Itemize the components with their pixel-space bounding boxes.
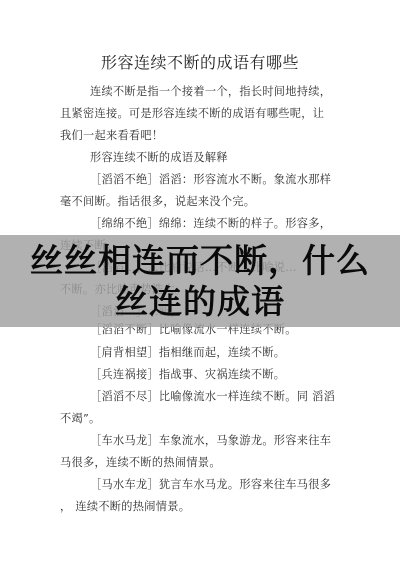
idiom-entry-cont: 毫不间断。指话很多，说起来没个完。 xyxy=(60,193,255,209)
paragraph-line: 连续不断是指一个接着一个，指长时间地持续， xyxy=(90,83,331,99)
overlay-headline-line2: 丝连的成语 xyxy=(0,284,400,320)
document-title: 形容连续不断的成语有哪些 xyxy=(0,50,400,73)
idiom-entry-cont: 马很多，连续不断的热闹情景。 xyxy=(60,454,221,470)
idiom-entry: ［滔滔不绝］滔滔：形容流水不断。象流水那样 xyxy=(90,171,331,187)
idiom-entry-cont: 不竭”。 xyxy=(60,410,100,426)
idiom-entry: ［滔滔不尽］比喻像流水一样连续不断。同 滔滔 xyxy=(90,388,335,404)
section-heading: 形容连续不断的成语及解释 xyxy=(90,149,228,165)
overlay-headline-line1: 丝丝相连而不断，什么 xyxy=(0,243,400,279)
idiom-entry: ［肩背相望］指相继而起，连续不断。 xyxy=(90,344,285,360)
idiom-entry-cont: ， 连续不断的热闹情景。 xyxy=(60,498,190,514)
idiom-entry: ［绵绵不绝］绵绵：连续不断的样子。形容多， xyxy=(90,215,331,231)
idiom-entry: ［兵连祸接］指战事、灾祸连续不断。 xyxy=(90,366,285,382)
paragraph-line: 且紧密连接。可是形容连续不断的成语有哪些呢，让 xyxy=(60,105,324,121)
idiom-entry: ［车水马龙］车象流水，马象游龙。形容来往车 xyxy=(90,432,331,448)
paragraph-line: 我们一起来看看吧！ xyxy=(60,127,163,143)
idiom-entry: ［马水车龙］犹言车水马龙。形容来往车马很多 xyxy=(90,476,331,492)
